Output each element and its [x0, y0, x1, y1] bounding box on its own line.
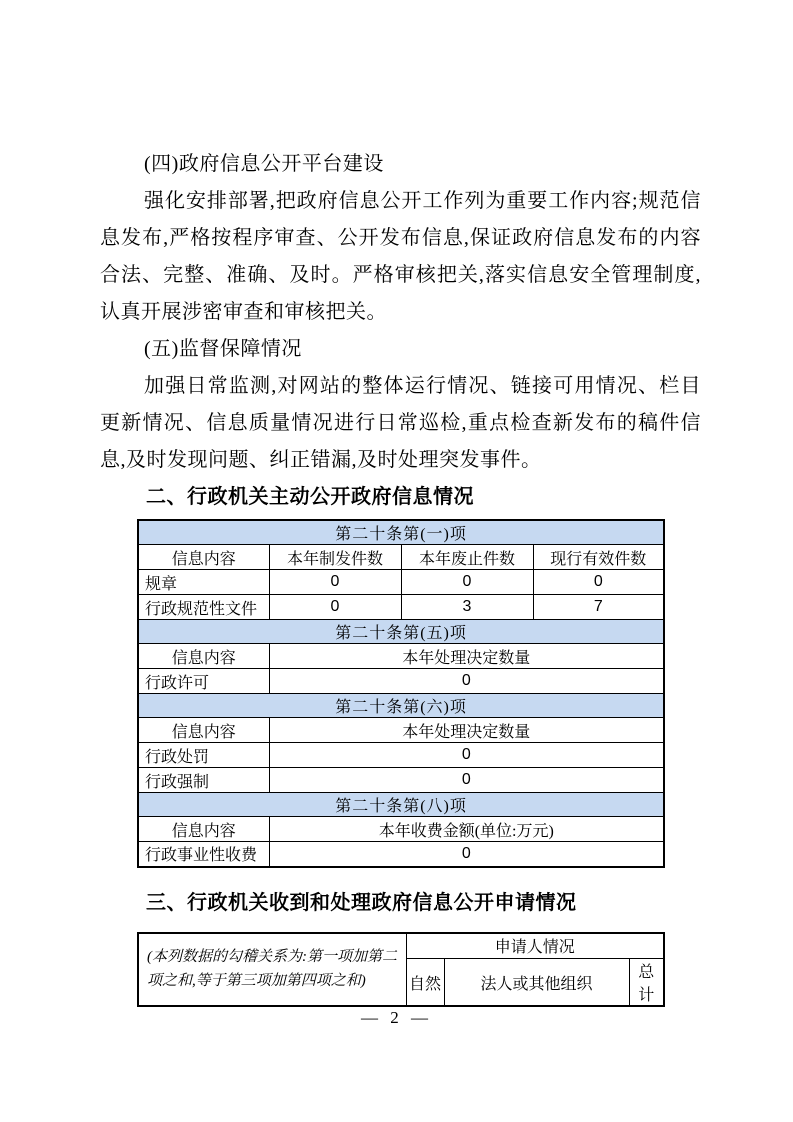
column-header: 信息内容	[138, 718, 269, 743]
cell-value: 0	[401, 570, 533, 595]
table-band-row: 第二十条第(六)项	[138, 694, 664, 718]
page-number: — 2 —	[0, 1008, 793, 1028]
cell-value: 0	[269, 595, 401, 620]
cell-value: 7	[533, 595, 664, 620]
table-note: (本列数据的勾稽关系为:第一项加第二项之和,等于第三项加第四项之和)	[138, 933, 406, 1007]
table-row: 行政规范性文件 0 3 7	[138, 595, 664, 620]
band-article-20-6: 第二十条第(六)项	[138, 694, 664, 718]
table-header-row: 信息内容 本年收费金额(单位:万元)	[138, 817, 664, 842]
section-5-heading: (五)监督保障情况	[100, 331, 701, 368]
band-article-20-1: 第二十条第(一)项	[138, 520, 664, 545]
table-header-row: 信息内容 本年制发件数 本年废止件数 现行有效件数	[138, 545, 664, 570]
section-4-paragraph: 强化安排部署,把政府信息公开工作列为重要工作内容;规范信息发布,严格按程序审查、…	[100, 183, 701, 331]
section-4-heading: (四)政府信息公开平台建设	[100, 146, 701, 183]
table-row: 行政许可 0	[138, 669, 664, 694]
column-header: 现行有效件数	[533, 545, 664, 570]
table-band-row: 第二十条第(一)项	[138, 520, 664, 545]
column-header: 本年收费金额(单位:万元)	[269, 817, 664, 842]
column-header: 本年处理决定数量	[269, 718, 664, 743]
heading-active-disclosure: 二、行政机关主动公开政府信息情况	[100, 479, 701, 515]
request-handling-table: (本列数据的勾稽关系为:第一项加第二项之和,等于第三项加第四项之和) 申请人情况…	[137, 932, 665, 1008]
band-article-20-8: 第二十条第(八)项	[138, 793, 664, 817]
table-header-row: 信息内容 本年处理决定数量	[138, 644, 664, 669]
document-body: (四)政府信息公开平台建设 强化安排部署,把政府信息公开工作列为重要工作内容;规…	[100, 146, 701, 1007]
row-label: 规章	[138, 570, 269, 595]
active-disclosure-table: 第二十条第(一)项 信息内容 本年制发件数 本年废止件数 现行有效件数 规章 0…	[137, 519, 665, 868]
column-header: 本年制发件数	[269, 545, 401, 570]
cell-value: 0	[269, 743, 664, 768]
table-row: 行政事业性收费 0	[138, 842, 664, 867]
row-label: 行政处罚	[138, 743, 269, 768]
column-header: 总计	[629, 959, 664, 1007]
cell-value: 0	[269, 842, 664, 867]
page-number-text: — 2 —	[361, 1008, 432, 1027]
column-header: 信息内容	[138, 545, 269, 570]
cell-value: 0	[269, 768, 664, 793]
column-header: 法人或其他组织	[444, 959, 629, 1007]
table-row: 规章 0 0 0	[138, 570, 664, 595]
cell-value: 3	[401, 595, 533, 620]
cell-value: 0	[269, 669, 664, 694]
column-header: 信息内容	[138, 644, 269, 669]
heading-request-handling: 三、行政机关收到和处理政府信息公开申请情况	[100, 885, 701, 921]
table-header-row: 信息内容 本年处理决定数量	[138, 718, 664, 743]
row-label: 行政规范性文件	[138, 595, 269, 620]
cell-value: 0	[533, 570, 664, 595]
column-header: 自然	[406, 959, 444, 1007]
section-5-paragraph: 加强日常监测,对网站的整体运行情况、链接可用情况、栏目更新情况、信息质量情况进行…	[100, 368, 701, 479]
row-label: 行政许可	[138, 669, 269, 694]
column-header: 信息内容	[138, 817, 269, 842]
table-band-row: 第二十条第(五)项	[138, 620, 664, 644]
table-band-row: 第二十条第(八)项	[138, 793, 664, 817]
table-row: 行政处罚 0	[138, 743, 664, 768]
column-header: 本年处理决定数量	[269, 644, 664, 669]
applicant-header: 申请人情况	[406, 933, 664, 959]
row-label: 行政强制	[138, 768, 269, 793]
table-row: (本列数据的勾稽关系为:第一项加第二项之和,等于第三项加第四项之和) 申请人情况	[138, 933, 664, 959]
row-label: 行政事业性收费	[138, 842, 269, 867]
cell-value: 0	[269, 570, 401, 595]
column-header: 本年废止件数	[401, 545, 533, 570]
table-row: 行政强制 0	[138, 768, 664, 793]
band-article-20-5: 第二十条第(五)项	[138, 620, 664, 644]
